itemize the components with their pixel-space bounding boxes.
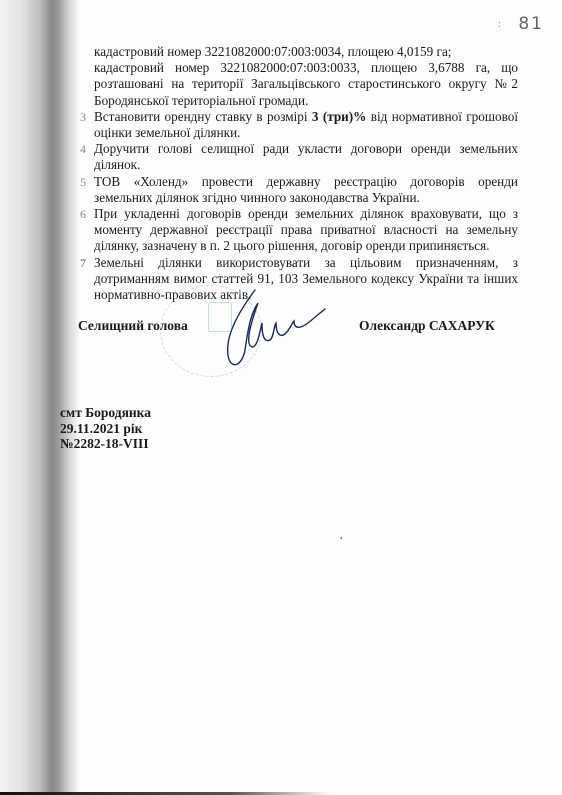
item-number: 6 <box>80 206 86 222</box>
document-footer: смт Бородянка 29.11.2021 рік №2282-18-VI… <box>60 405 151 452</box>
handwritten-signature-icon <box>200 285 330 375</box>
resolution-item-6: 6 При укладенні договорів оренди земельн… <box>94 206 518 255</box>
footer-date: 29.11.2021 рік <box>60 421 151 437</box>
cadastral-line-2: кадастровий номер 3221082000:07:003:0033… <box>94 60 518 109</box>
resolution-item-4: 4 Доручити голові селищної ради укласти … <box>94 141 518 173</box>
signatory-title: Селищний голова <box>78 318 188 334</box>
item-text: Доручити голові селищної ради укласти до… <box>94 141 518 172</box>
item-text-before: Встановити орендну ставку в розмірі <box>94 109 312 124</box>
item-number: 5 <box>80 174 86 190</box>
item-text: При укладенні договорів оренди земельних… <box>94 206 518 253</box>
item-number: 4 <box>80 141 86 157</box>
footer-decision-number: №2282-18-VIII <box>60 436 151 452</box>
signatory-name: Олександр САХАРУК <box>359 318 495 334</box>
cadastral-line-1: кадастровий номер 3221082000:07:003:0034… <box>94 44 518 60</box>
item-number: 7 <box>80 255 86 271</box>
scan-speck: , <box>340 530 343 541</box>
page-number: 81 <box>518 14 544 34</box>
footer-place: смт Бородянка <box>60 405 151 421</box>
resolution-item-5: 5 ТОВ «Холенд» провести державну реєстра… <box>94 174 518 206</box>
rent-rate: 3 (три)% <box>312 109 367 124</box>
document-body: кадастровий номер 3221082000:07:003:0034… <box>94 44 518 303</box>
item-text: ТОВ «Холенд» провести державну реєстраці… <box>94 174 518 205</box>
item-number: 3 <box>80 109 86 125</box>
resolution-item-3: 3 Встановити орендну ставку в розмірі 3 … <box>94 109 518 141</box>
corner-mark: : <box>498 19 501 30</box>
scan-binding-shadow <box>0 0 80 795</box>
